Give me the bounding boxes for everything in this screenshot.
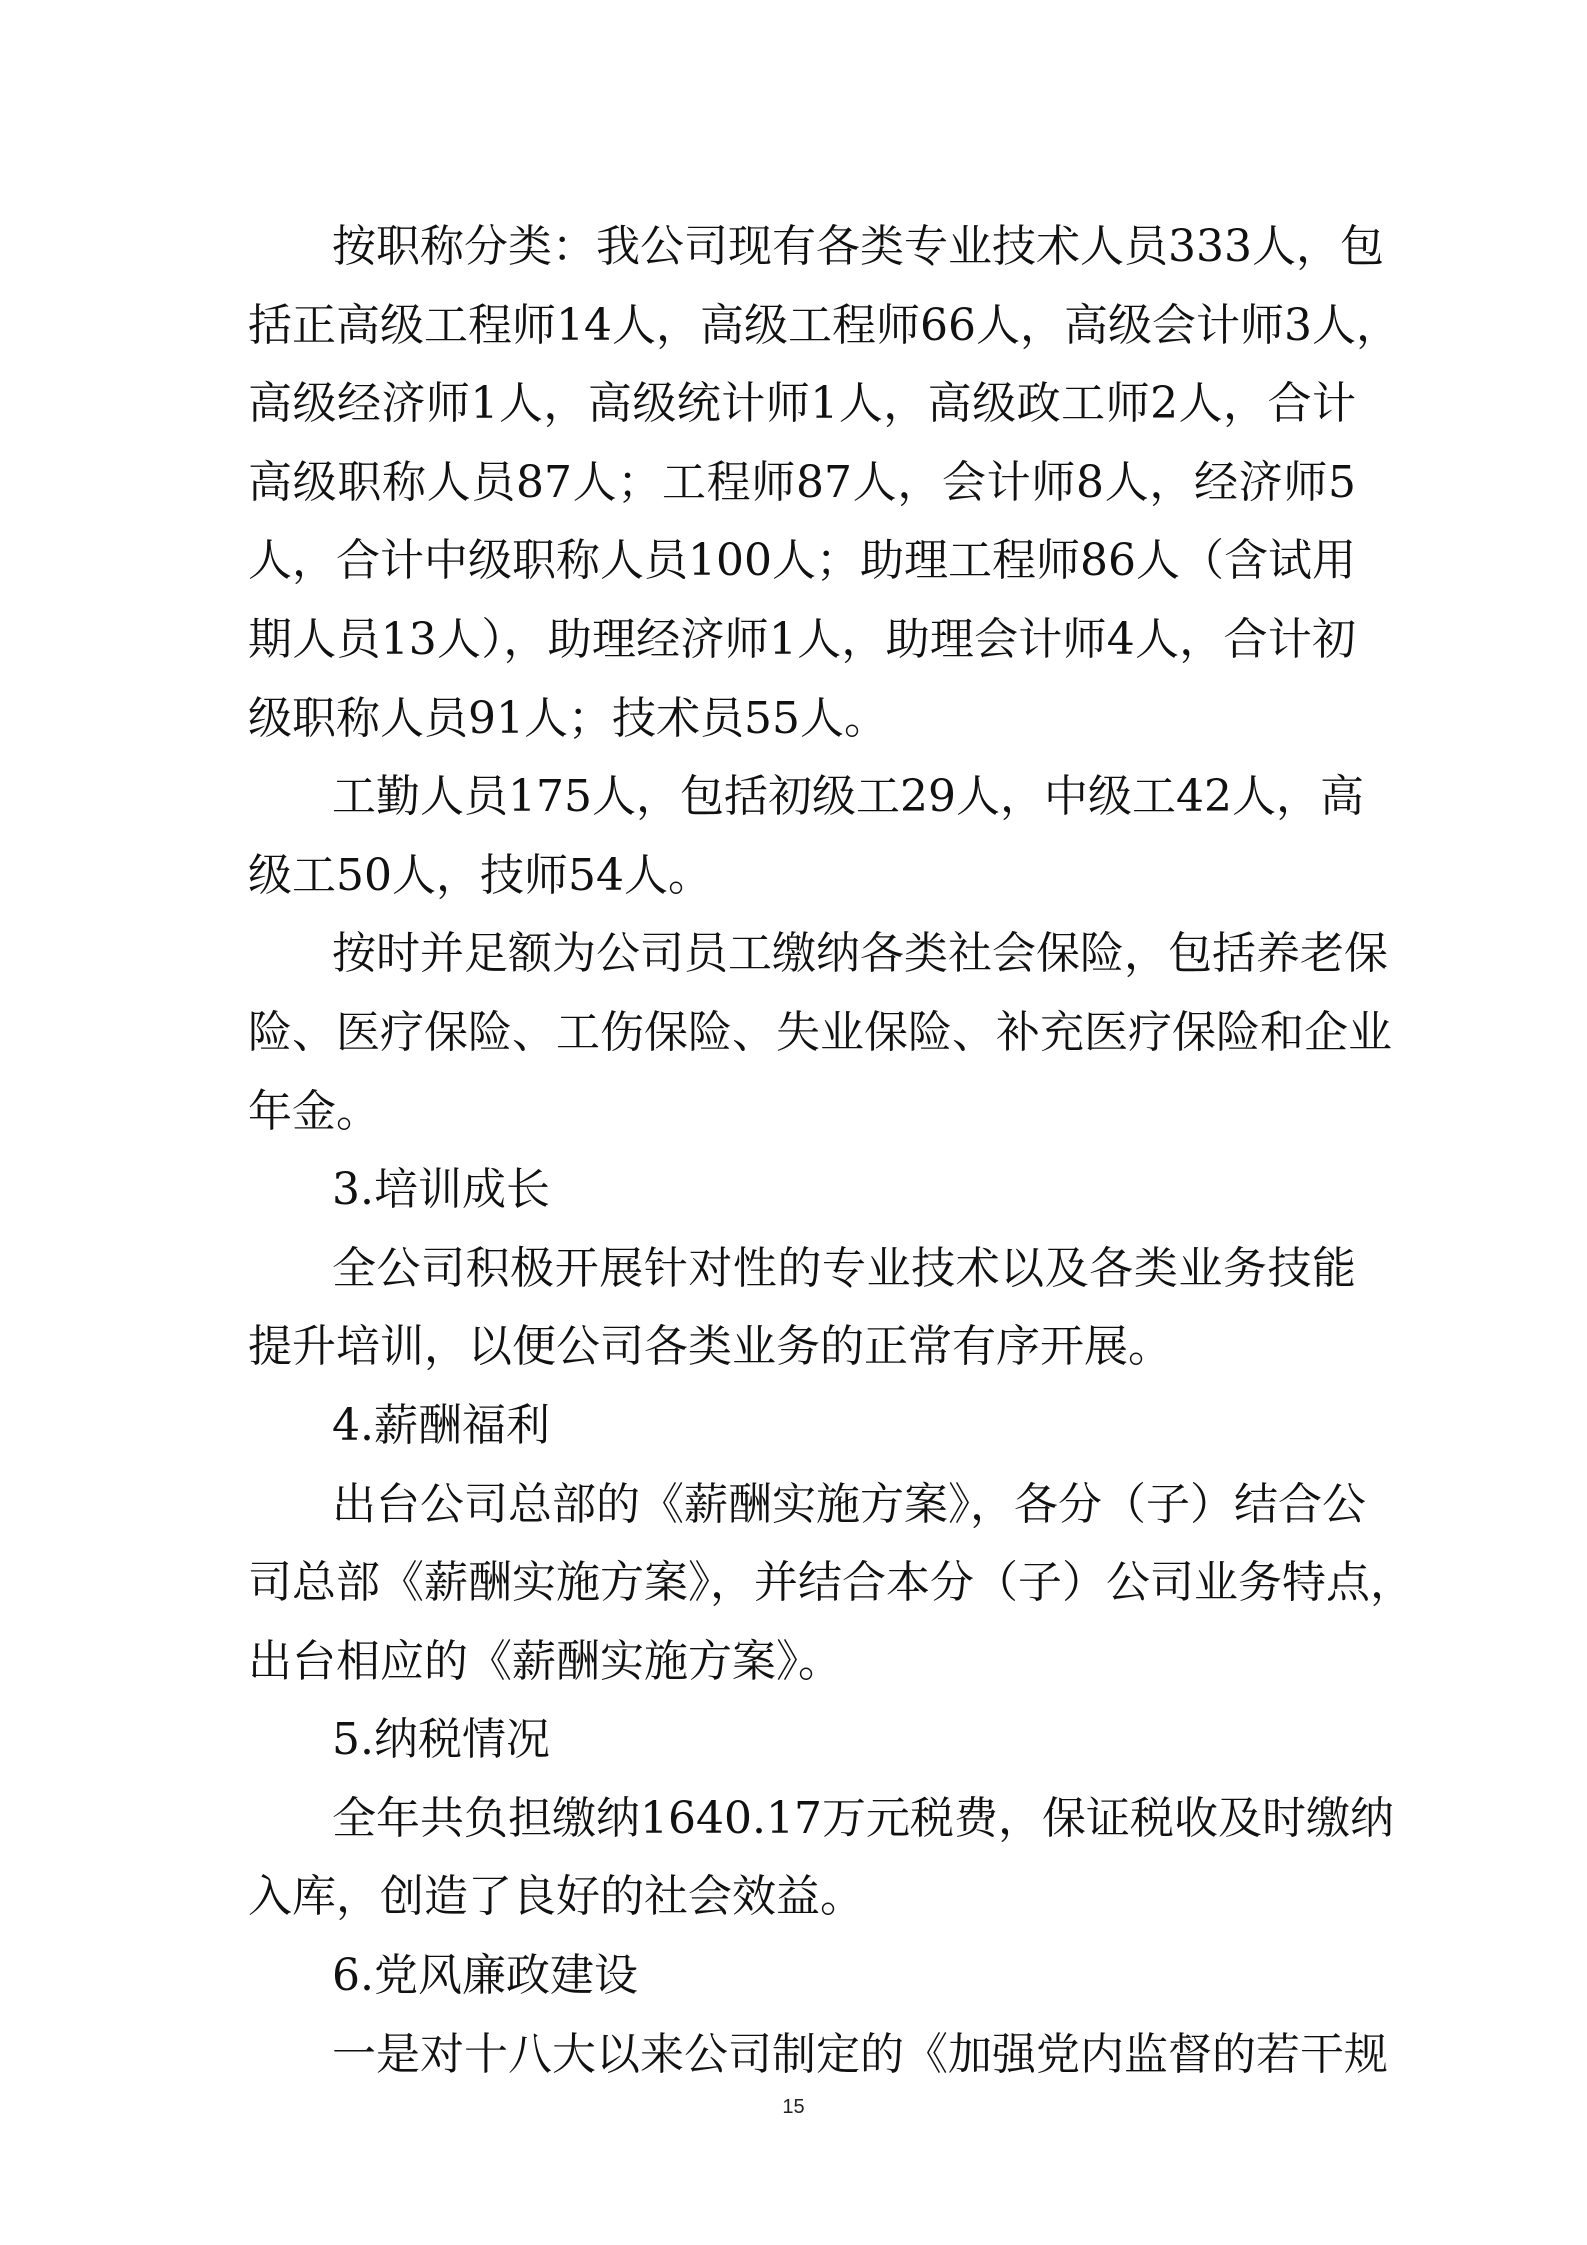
text-line: 括正高级工程师14人，高级工程师66人，高级会计师3人， bbox=[248, 287, 1356, 366]
text-line: 年金。 bbox=[248, 1073, 1356, 1152]
text-line: 全年共负担缴纳1640.17万元税费，保证税收及时缴纳 bbox=[248, 1780, 1356, 1859]
text-line: 级工50人，技师54人。 bbox=[248, 837, 1356, 916]
text-line: 级职称人员91人；技术员55人。 bbox=[248, 680, 1356, 759]
page-number: 15 bbox=[0, 2096, 1587, 2119]
text-line: 出台公司总部的《薪酬实施方案》，各分（子）结合公 bbox=[248, 1466, 1356, 1545]
text-line: 提升培训，以便公司各类业务的正常有序开展。 bbox=[248, 1308, 1356, 1387]
text-line: 人，合计中级职称人员100人；助理工程师86人（含试用 bbox=[248, 522, 1356, 601]
text-line: 期人员13人），助理经济师1人，助理会计师4人，合计初 bbox=[248, 601, 1356, 680]
document-body: 按职称分类：我公司现有各类专业技术人员333人，包括正高级工程师14人，高级工程… bbox=[248, 208, 1356, 2094]
text-line: 工勤人员175人，包括初级工29人，中级工42人，高 bbox=[248, 758, 1356, 837]
text-line: 按职称分类：我公司现有各类专业技术人员333人，包 bbox=[248, 208, 1356, 287]
text-line: 出台相应的《薪酬实施方案》。 bbox=[248, 1623, 1356, 1702]
text-line: 按时并足额为公司员工缴纳各类社会保险，包括养老保 bbox=[248, 915, 1356, 994]
text-line: 入库，创造了良好的社会效益。 bbox=[248, 1858, 1356, 1937]
text-line: 3.培训成长 bbox=[248, 1151, 1356, 1230]
text-line: 4.薪酬福利 bbox=[248, 1387, 1356, 1466]
text-line: 一是对十八大以来公司制定的《加强党内监督的若干规 bbox=[248, 2016, 1356, 2095]
text-line: 司总部《薪酬实施方案》，并结合本分（子）公司业务特点， bbox=[248, 1544, 1356, 1623]
text-line: 险、医疗保险、工伤保险、失业保险、补充医疗保险和企业 bbox=[248, 994, 1356, 1073]
document-page: 按职称分类：我公司现有各类专业技术人员333人，包括正高级工程师14人，高级工程… bbox=[0, 0, 1587, 2245]
text-line: 高级经济师1人，高级统计师1人，高级政工师2人，合计 bbox=[248, 365, 1356, 444]
text-line: 6.党风廉政建设 bbox=[248, 1937, 1356, 2016]
text-line: 5.纳税情况 bbox=[248, 1701, 1356, 1780]
text-line: 高级职称人员87人；工程师87人，会计师8人，经济师5 bbox=[248, 444, 1356, 523]
text-line: 全公司积极开展针对性的专业技术以及各类业务技能 bbox=[248, 1230, 1356, 1309]
